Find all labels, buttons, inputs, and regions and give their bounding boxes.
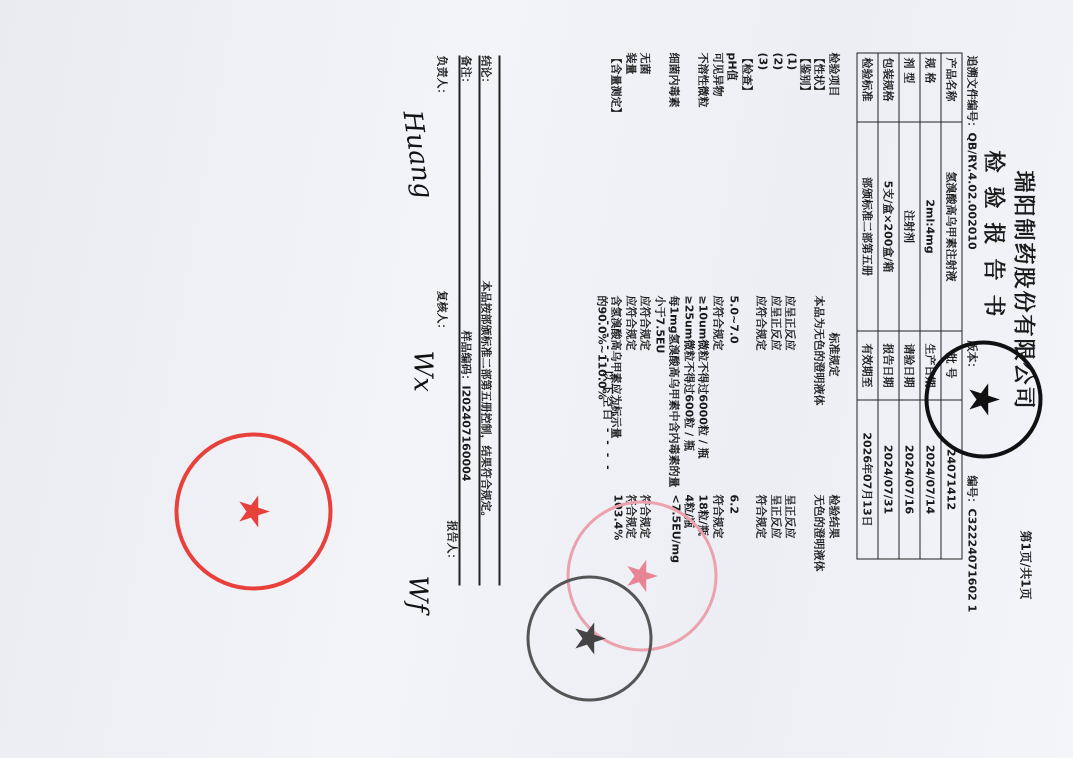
inspection-row: (3)应符合规定符合规定 xyxy=(756,53,771,693)
trace-value: QB/RY.4.02.002010 xyxy=(966,133,979,250)
inspection-row: 【性状】本品为无色的澄明液体无色的澄明液体 xyxy=(814,53,829,693)
item-standard: 本品为无色的澄明液体 xyxy=(812,296,828,406)
item-standard: 应符合规定 xyxy=(624,296,640,351)
product-info-table: 产品名称氢溴酸高乌甲素注射液批 号24071412规 格2ml:4mg生产日期2… xyxy=(857,53,963,560)
item-name: 可见异物 xyxy=(711,53,727,97)
report-number: 编号：C32224071602 1 xyxy=(965,476,981,613)
items-header: 检验项目 标准规定 检验结果 xyxy=(828,53,843,693)
conclusion-text: 本品按部颁标准二部第五册控制，结果符合规定。 xyxy=(479,281,495,523)
responsible-signature: Huang xyxy=(397,109,439,201)
item-name: 装量 xyxy=(624,53,640,75)
item-standard: ≥10um微粒不得过6000粒 / 瓶 xyxy=(696,296,712,459)
info-label: 请验日期 xyxy=(899,331,920,400)
item-name: 不溶性微粒 xyxy=(696,53,712,108)
report-title: 检验报告书 xyxy=(980,151,1011,331)
company-qc-stamp: ★ xyxy=(925,341,1043,459)
info-label: 规 格 xyxy=(920,53,941,122)
info-row: 产品名称氢溴酸高乌甲素注射液批 号24071412 xyxy=(941,53,962,559)
info-value: 2ml:4mg xyxy=(920,122,941,331)
info-value: 2024/07/31 xyxy=(878,400,899,559)
inspection-row: 【检查】 xyxy=(741,53,756,693)
info-value: 氢溴酸高乌甲素注射液 xyxy=(941,122,962,331)
info-value: 注射剂 xyxy=(899,122,920,331)
inspection-row: 【鉴别】 xyxy=(799,53,814,693)
gray-quality-stamp: ★ xyxy=(527,576,653,702)
item-name: 【性状】 xyxy=(812,53,828,97)
info-label: 包装规格 xyxy=(878,53,899,122)
info-label: 有效期至 xyxy=(857,331,878,400)
item-result: 呈正反应 xyxy=(769,495,785,539)
divider xyxy=(499,56,501,586)
item-name: 【含量测定】 xyxy=(609,53,625,119)
info-row: 剂 型注射剂请验日期2024/07/16 xyxy=(899,53,920,559)
star-icon: ★ xyxy=(233,493,275,531)
inspection-row: (1)应呈正反应呈正反应 xyxy=(785,53,800,693)
info-label: 报告日期 xyxy=(878,331,899,400)
item-result: 符合规定 xyxy=(754,495,770,539)
responsible-label: 负责人： xyxy=(435,56,451,100)
report-number-label: 编号： xyxy=(966,476,979,509)
remark-label: 备注： xyxy=(459,56,475,89)
item-name: 无菌 xyxy=(638,53,654,75)
item-result: 呈正反应 xyxy=(783,495,799,539)
item-result: 符合规定 xyxy=(711,495,727,539)
item-standard: 应呈正反应 xyxy=(783,296,799,351)
reporter-label: 报告人： xyxy=(445,521,461,565)
item-result: 6.2 xyxy=(728,495,741,515)
star-icon: ★ xyxy=(963,381,1005,419)
divider xyxy=(479,56,481,586)
item-standard: 应呈正反应 xyxy=(769,296,785,351)
header-result: 检验结果 xyxy=(827,495,843,539)
inspection-row: (2)应呈正反应呈正反应 xyxy=(770,53,785,693)
page-indicator: 第1页/共1页 xyxy=(1018,531,1035,600)
sample-code: 样品编码：I202407160004 xyxy=(459,331,475,482)
header-item: 检验项目 xyxy=(827,53,843,97)
red-quality-stamp: ★ xyxy=(175,433,333,591)
item-name: 【检查】 xyxy=(740,53,756,97)
item-standard: 小于7.5EU xyxy=(653,296,669,354)
report-number-value: C32224071602 1 xyxy=(966,509,979,613)
item-standard: ≥25um微粒不得过600粒 / 瓶 xyxy=(682,296,698,451)
item-standard: 应符合规定 xyxy=(711,296,727,351)
conclusion-label: 结论： xyxy=(479,56,495,89)
inspection-report: 瑞阳制药股份有限公司 检验报告书 第1页/共1页 追溯文件编号：QB/RY.4.… xyxy=(0,1,1073,758)
info-row: 规 格2ml:4mg生产日期2024/07/14 xyxy=(920,53,941,559)
item-standard: 5.0~7.0 xyxy=(728,296,741,344)
info-value: 5支/盒×200盒/箱 xyxy=(878,122,899,331)
info-value: 2024/07/16 xyxy=(899,400,920,559)
item-name: (1) xyxy=(786,53,799,71)
info-value: 部颁标准二部第五册 xyxy=(857,122,878,331)
item-standard: 应符合规定 xyxy=(754,296,770,351)
trace-number: 追溯文件编号：QB/RY.4.02.002010 xyxy=(965,56,981,250)
scanned-page: 瑞阳制药股份有限公司 检验报告书 第1页/共1页 追溯文件编号：QB/RY.4.… xyxy=(0,0,1073,758)
header-standard: 标准规定 xyxy=(827,333,843,377)
item-name: 细菌内毒素 xyxy=(667,53,683,108)
item-name: pH值 xyxy=(725,53,741,81)
item-name: (2) xyxy=(772,53,785,71)
item-standard: 应符合规定 xyxy=(638,296,654,351)
inspection-row: pH值5.0~7.06.2 xyxy=(727,53,742,693)
trace-label: 追溯文件编号： xyxy=(966,56,979,133)
item-standard: 每1mg氢溴酸高乌甲素中含内毒素的量 xyxy=(667,296,683,488)
reviewer-signature: Wx xyxy=(408,351,438,392)
star-icon: ★ xyxy=(569,620,611,658)
info-label: 产品名称 xyxy=(941,53,962,122)
info-row: 检验标准部颁标准二部第五册有效期至2026年07月13日 xyxy=(857,53,878,559)
info-label: 检验标准 xyxy=(857,53,878,122)
item-name: (3) xyxy=(757,53,770,71)
divider xyxy=(459,56,461,586)
reviewer-label: 复核人： xyxy=(435,291,451,335)
reporter-signature: Wf xyxy=(403,576,433,612)
item-result: 无色的澄明液体 xyxy=(812,495,828,572)
info-label: 剂 型 xyxy=(899,53,920,122)
info-row: 包装规格5支/盒×200盒/箱报告日期2024/07/31 xyxy=(878,53,899,559)
blank-below-note: - - - - 以下空白 - - - - xyxy=(601,321,617,472)
info-value: 2026年07月13日 xyxy=(857,400,878,559)
item-name: 【鉴别】 xyxy=(798,53,814,97)
